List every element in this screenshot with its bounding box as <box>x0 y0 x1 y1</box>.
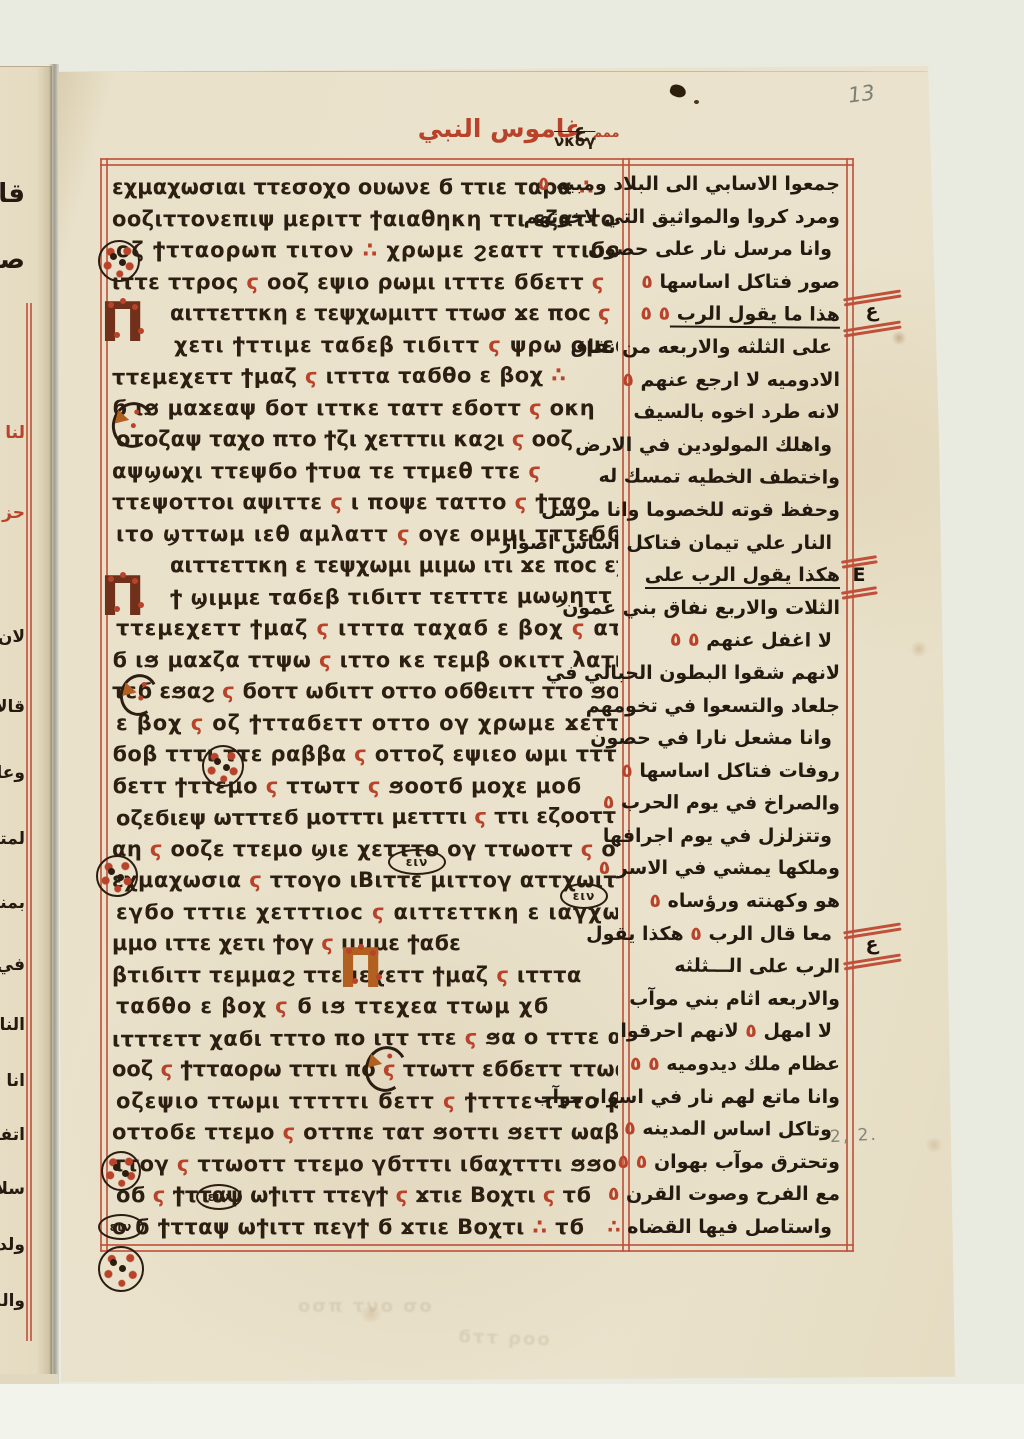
coptic-text-line: ττεμεχεττ ϯμαζ ϛ ιτττα ταϭθο ε βοχ ∴ <box>112 360 618 394</box>
title-ornament-red: ممم <box>593 126 620 141</box>
frame-top-line <box>100 158 854 160</box>
foxing-stain <box>944 426 966 444</box>
quire-mark-rule <box>841 586 877 595</box>
rosette-ornament <box>98 240 140 282</box>
circled-abbreviation: ειν <box>98 1214 144 1240</box>
coptic-text-line: ϯ ϣιμμε ταϭεβ τιϭιττ τετττε μωϣηττ <box>112 580 618 614</box>
coptic-text-line: αη ϛ οοζε ττεμο ϣιε χετττο ογ ττωοττ ϛ ο… <box>112 834 618 866</box>
coptic-text-line: χετι ϯττιμε ταϭεβ τιϭιττ ϛ ψρω ομεα <box>116 330 618 362</box>
arabic-text-line: جلعاد والتسعوا في تخومهم <box>632 690 842 723</box>
facing-page-text-fragment: اتفنا <box>0 1125 25 1145</box>
ink-stain <box>669 83 688 99</box>
coptic-text-line: αιττεττκη ε τεψχωμιττ ττωσ ϫε ποϲ ϛ ε <box>112 298 618 330</box>
coptic-text-line: εγϭο τττιε χετττιοϲ ϛ αιττεττκη ε ιαγχωι… <box>116 897 618 929</box>
coptic-drop-cap: Π <box>100 294 145 352</box>
margin-quire-mark: ع <box>841 290 903 332</box>
quire-mark-glyph: ع <box>841 301 903 321</box>
quire-mark-rule <box>843 953 901 965</box>
frame-top-line <box>100 164 854 166</box>
circled-abbreviation: ειν <box>196 1184 242 1210</box>
ink-bleed-ghost: ϭττ ροο <box>458 1326 552 1350</box>
coptic-drop-cap: Π <box>338 940 383 998</box>
arabic-text-line: وحفظ قوته للخصوما وانا مرسل <box>632 494 842 527</box>
coptic-text-line: οζεϭιεψ ωτττεϭ μοτττι μετττι ϛ ττι εζοοτ… <box>116 801 618 835</box>
arabic-text-line: واهلك المولودين في الارض <box>632 429 842 462</box>
arabic-text-line: مع الفرح وصوت القرن ٥ <box>632 1178 842 1211</box>
page-top-edge <box>58 71 955 72</box>
arabic-text-line: لانهم شقوا البطون الحبالي في <box>632 657 842 690</box>
coptic-text-line: ε βοχ ϛ οζ ϯτταϭεττ οττο ογ χρωμε ϫετττι <box>116 708 618 740</box>
pencil-note: 2, 2. <box>830 1125 879 1147</box>
ink-stain <box>694 100 699 104</box>
foxing-stain <box>910 641 928 657</box>
facing-page-text-fragment: حز <box>0 503 25 523</box>
arabic-text-line: لانه طرد اخوه بالسيف <box>632 396 842 429</box>
coptic-text-line: ϭ ιϧ μαϫζα ττψω ϛ ιττο κε τεμβ οκιττ λατ… <box>112 645 618 677</box>
facing-page-text-fragment: ولد <box>0 1235 25 1255</box>
arabic-text-line: والاربعه اثام بني موآب <box>632 983 842 1016</box>
facing-page-text-fragment: صم <box>0 245 25 275</box>
coptic-text-line: ϭεττ ϯττεμο ϛ ττωττ ϛ ϧοοτϭ μοχε μοϭ <box>112 771 618 803</box>
coptic-text-line: αψϣωχι ττεψϭο ϯτυα τε ττμεθ ττε ϛ <box>112 456 618 488</box>
arabic-text-line: ومرد كروا والمواثيق التي لاخوتهم <box>632 201 842 234</box>
circled-abbreviation: ειν <box>560 883 608 909</box>
coptic-text-line: εχμαχωσια ϛ ττογο ιΒιττε μιττογ αττχωιττ <box>112 865 618 897</box>
coptic-text-line: ιττε ττρος ϛ οοζ εψιο ρωμι ιτττε ϭϭεττ ϛ <box>112 267 618 299</box>
arabic-text-block: جمعوا الاسابي الى البلاد ومبيه ٥ومرد كرو… <box>632 168 842 1244</box>
facing-page-text-fragment: لمتى <box>0 829 25 849</box>
quire-mark-glyph: E <box>839 565 879 585</box>
facing-page-frame-line <box>26 303 28 1341</box>
arabic-text-line: هكذا يقول الرب على <box>632 559 842 592</box>
arabic-text-line: واستاصل فيها القضاه ∴ <box>632 1211 842 1244</box>
manuscript-page: 13 غاموس النبي ممم ع νκογ εχμαχωσιαι ττε… <box>58 66 955 1382</box>
coptic-text-line: ϭοβ τττι ττε ραββα ϛ οττοζ εψιεο ωμι τττ… <box>112 739 618 771</box>
arabic-text-line: واختطف الخطيه تمسك له <box>632 461 842 495</box>
facing-page-text-fragment: قا <box>0 179 25 209</box>
coptic-text-line: ιτττεττ χαϭι τττο πο ιττ ττε ϛ ϧα ο τττε… <box>112 1021 618 1055</box>
foxing-stain <box>891 331 907 345</box>
arabic-text-line: جمعوا الاسابي الى البلاد ومبيه ٥ <box>632 168 842 201</box>
facing-page-text-fragment: النا <box>0 1015 25 1035</box>
rosette-ornament <box>98 1246 144 1292</box>
arabic-text-line: هذا ما يقول الرب ٥ ٥ <box>632 298 842 332</box>
rosette-ornament <box>101 1151 141 1191</box>
facing-page-text-fragment: قالا <box>0 697 25 717</box>
facing-page-text-fragment: وعلى <box>0 763 25 783</box>
foxing-stain <box>924 1138 944 1152</box>
margin-quire-mark: ع <box>841 923 903 965</box>
page-number: 13 <box>847 80 876 107</box>
arabic-text-line: وملكها يمشي في الاسر ٥ <box>632 852 842 885</box>
arabic-text-line: روفات فتاكل اساسها ٥ <box>632 755 842 788</box>
facing-page-text-fragment: سلا <box>0 1179 25 1199</box>
circled-abbreviation: ειν <box>388 849 446 875</box>
coptic-drop-cap: Π <box>100 568 145 626</box>
quire-mark-glyph: ع <box>841 934 903 954</box>
facing-page-text-fragment: بمنات <box>0 893 25 913</box>
coptic-text-line: οϭ ϛ ϯτταψ ωϯιττ ττεγϯ ϛ ϫτιε Βοχτι ϛ τϭ <box>116 1180 618 1212</box>
arabic-text-line: هو وكهنته ورؤساه ٥ <box>632 885 842 918</box>
rosette-ornament <box>202 745 244 787</box>
arabic-text-line: لا امهل ٥ لانهم احرقوا <box>632 1015 842 1048</box>
coptic-text-line: ο ϭ ϯτταψ ωϯιττ πεγϯ ϭ ϫτιε Βοχτι ∴ τϭ <box>112 1212 618 1244</box>
facing-page-edge: قاصملناحزلانقالاوعلىلمتىبمناتفي جلالناان… <box>0 66 52 1385</box>
book-gutter-fold <box>49 64 59 1386</box>
arabic-text-line: وانا مرسل نار على حصون <box>632 233 842 266</box>
arabic-text-line: على الثلثه والاربعه من نفاق <box>632 331 842 364</box>
arabic-text-line: وتاكل اساس المدينه ٥ <box>632 1112 842 1146</box>
frame-bottom-line <box>100 1244 854 1246</box>
coptic-text-line: ϭ ιϧ μαϫεαψ ϭοτ ιττκε ταττ εϭοττ ϛ οκη <box>112 393 618 425</box>
coptic-text-line: ττεμεχεττ ϯμαζ ϛ ιτττα ταχαϭ ε βοχ ϛ αττ… <box>116 613 618 645</box>
facing-page-text-fragment: لان <box>0 627 25 647</box>
margin-quire-mark: E <box>839 554 879 596</box>
arabic-text-line: معا قال الرب ٥ هكذا يقول <box>632 918 842 951</box>
arabic-text-line: صور فتاكل اساسها ٥ <box>632 266 842 299</box>
ink-bleed-ghost: οσπ τνο σο <box>298 1296 434 1317</box>
facing-page-text-fragment: في جل <box>0 955 25 975</box>
arabic-text-line: وانا ماتع لهم نار في اسوار موآب <box>632 1081 842 1114</box>
arabic-text-line: عظام ملك ديدوميه ٥ ٥ <box>632 1048 842 1081</box>
arabic-text-line: الادوميه لا ارجع عنهم ٥ <box>632 364 842 397</box>
arabic-text-line: وانا مشعل نارا في حصون <box>632 722 842 755</box>
quire-mark-rule <box>841 555 877 564</box>
manuscript-photo: قاصملناحزلانقالاوعلىلمتىبمناتفي جلالناان… <box>0 0 1024 1439</box>
facing-page-text-fragment: لنا <box>0 423 25 443</box>
arabic-text-line: والصراخ في يوم الحرب ٥ <box>632 787 842 821</box>
arabic-text-line: لا اغفل عنهم ٥ ٥ <box>632 624 842 658</box>
rosette-ornament <box>96 855 138 897</box>
catchword: νκογ <box>554 132 595 150</box>
facing-page-text-fragment: والم <box>0 1291 25 1311</box>
coptic-text-line: οζ ϯτταορωπ τιτον ∴ χρωμε ϩεαττ ττιϭοβ <box>116 235 618 267</box>
arabic-text-line: الثلات والاربع نفاق بني عمون <box>632 592 842 625</box>
frame-bottom-line <box>100 1250 854 1252</box>
facing-page-text-fragment: انا <box>0 1071 25 1091</box>
coptic-text-line: τεϭ εϧαϩ ϛ ϭοττ ωϭιττ οττο οϭθειττ ττο ϧ… <box>112 676 618 708</box>
coptic-text-line: ττογ ϛ ττωοττ ττεμο γϭτττι ιϭαχτττι ϧϧοϭ <box>112 1149 618 1181</box>
arabic-text-line: الرب على الـــثلثه <box>632 950 842 984</box>
arabic-text-line: وتتزلزل في يوم اجرافها <box>632 820 842 853</box>
coptic-text-line: οττοϭε ττεμο ϛ οττπε τατ ϧοττι ϧεττ ωαβ <box>112 1117 618 1149</box>
arabic-text-line: وتحترق موآب بهوان ٥ ٥ <box>632 1146 842 1179</box>
quire-mark-rule <box>843 320 901 332</box>
coptic-text-line: οτοζαψ ταχο πτο ϯζι χετττιι καϩι ϛ οοζ <box>116 424 618 456</box>
photo-backdrop <box>0 1384 1024 1439</box>
arabic-text-line: النار علي تيمان فتاكل اساس اصوار <box>632 527 842 560</box>
